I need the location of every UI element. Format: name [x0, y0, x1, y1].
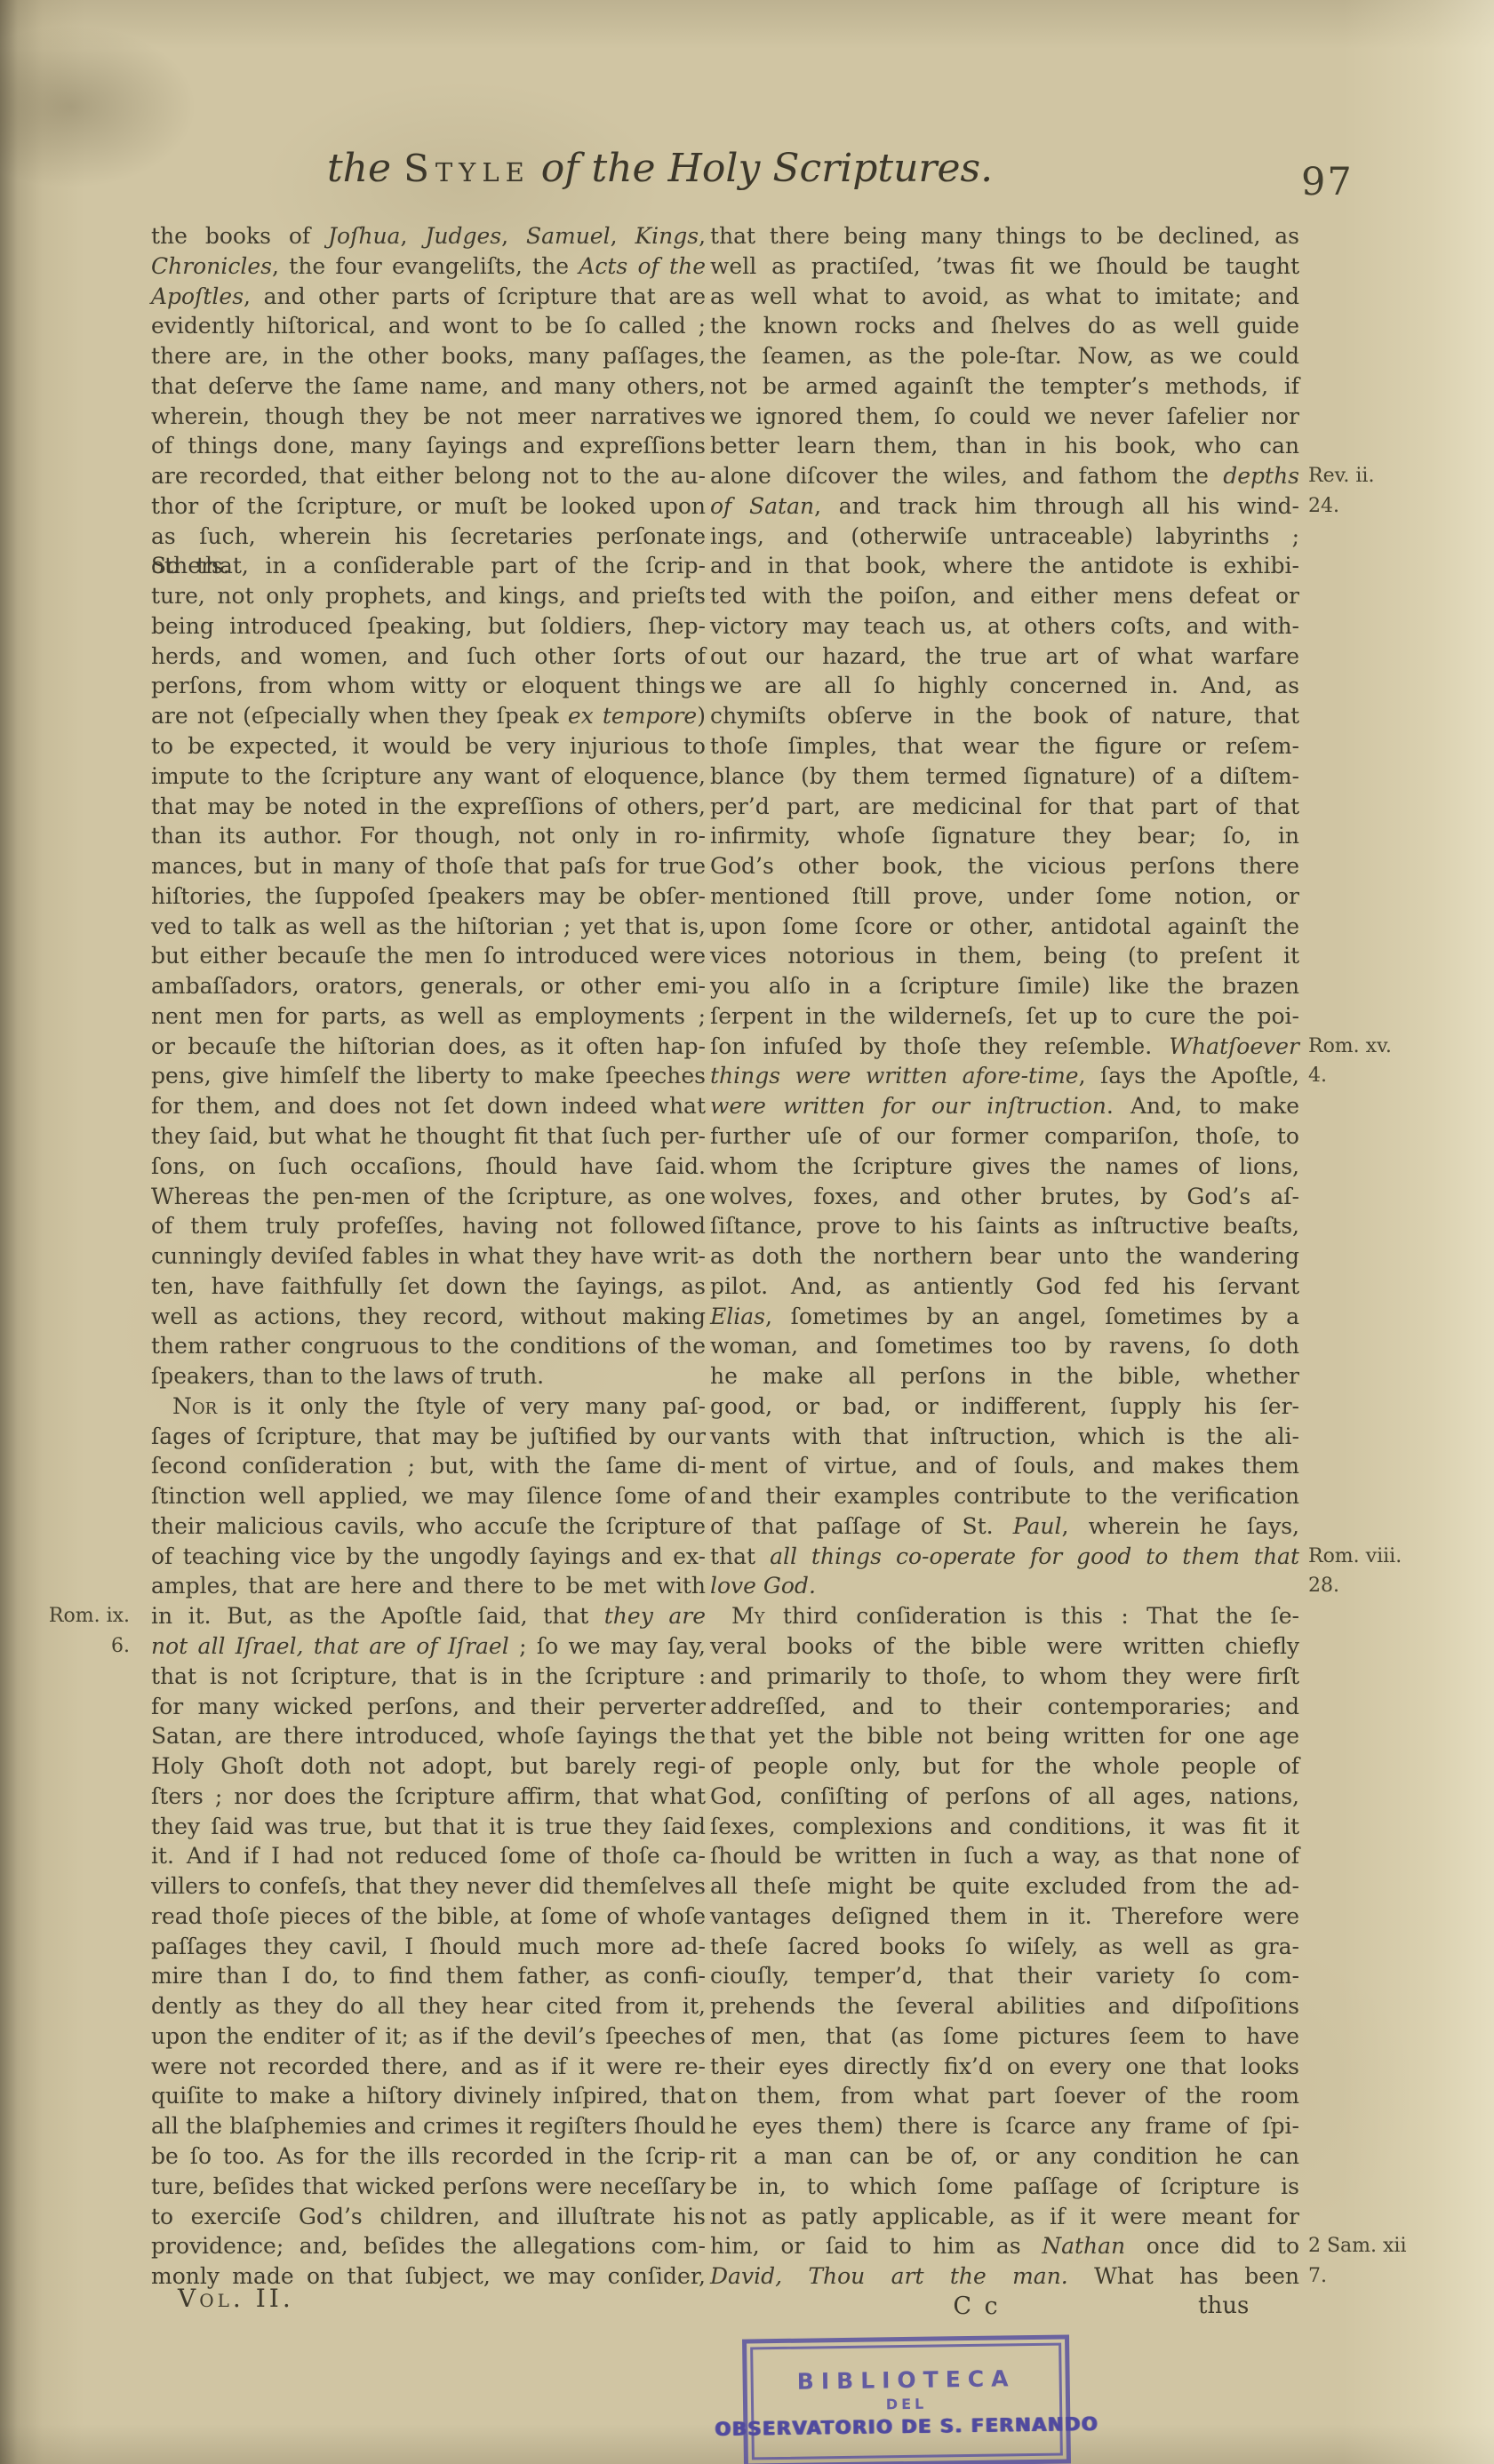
text-line: David, Thou art the man. What has been7.: [710, 2261, 1299, 2292]
stamp-line1: BIBLIOTECA: [797, 2365, 1016, 2394]
text-line: dently as they do all they hear cited fr…: [151, 1991, 706, 2021]
text-line: than its author. For though, not only in…: [151, 821, 706, 851]
text-line: but either becauſe the men ſo introduced…: [151, 941, 706, 971]
text-line: the books of Joſhua, Judges, Samuel, Kin…: [151, 221, 706, 251]
catchword: thus: [1198, 2293, 1249, 2319]
margin-note: Rom. xv.: [1308, 1033, 1392, 1061]
margin-note: 4.: [1308, 1062, 1327, 1090]
text-line: ted with the poiſon, and either mens def…: [710, 581, 1299, 611]
text-line: prehends the ſeveral abilities and diſpo…: [710, 1991, 1299, 2021]
text-line: the ſeamen, as the pole-ſtar. Now, as we…: [710, 341, 1299, 371]
margin-note: 7.: [1308, 2262, 1327, 2291]
margin-note: Rom. ix.: [49, 1602, 130, 1631]
text-line: that may be noted in the expreſſions of …: [151, 792, 706, 822]
text-line: ſiſtance, prove to his ſaints as inſtruc…: [710, 1211, 1299, 1241]
title-word-style: Style: [403, 147, 531, 190]
text-line: things were written afore-time, ſays the…: [710, 1061, 1299, 1091]
text-line: we ignored them, ſo could we never ſafel…: [710, 402, 1299, 432]
text-line: for many wicked perſons, and their perve…: [151, 1692, 706, 1722]
text-line: ciouſly, temper’d, that their variety ſo…: [710, 1961, 1299, 1991]
text-line: whom the ſcripture gives the names of li…: [710, 1152, 1299, 1182]
text-line: we are all ſo highly concerned in. And, …: [710, 671, 1299, 701]
text-line: of Satan, and track him through all his …: [710, 491, 1299, 522]
text-line: evidently hiſtorical, and wont to be ſo …: [151, 311, 706, 341]
title-pre: the: [327, 146, 391, 191]
text-line: as well what to avoid, as what to imitat…: [710, 282, 1299, 312]
text-line: that there being many things to be decli…: [710, 221, 1299, 251]
text-line: of them truly profeſſes, having not foll…: [151, 1211, 706, 1241]
text-line: he eyes them) there is ſcarce any frame …: [710, 2111, 1299, 2141]
text-line: ſhould be written in ſuch a way, as that…: [710, 1841, 1299, 1871]
text-line: alone diſcover the wiles, and fathom the…: [710, 461, 1299, 491]
text-line: ten, have faithfully ſet down the ſaying…: [151, 1272, 706, 1302]
text-line: be ſo too. As for the ills recorded in t…: [151, 2141, 706, 2172]
margin-note: 28.: [1308, 1572, 1339, 1600]
text-line: ved to talk as well as the hiſtorian ; y…: [151, 912, 706, 942]
text-line: that is not ſcripture, that is in the ſc…: [151, 1662, 706, 1692]
text-line: being introduced ſpeaking, but ſoldiers,…: [151, 611, 706, 642]
text-line: their eyes directly fix’d on every one t…: [710, 2052, 1299, 2082]
text-line: Satan, are there introduced, whoſe ſayin…: [151, 1721, 706, 1751]
text-line: herds, and women, and ſuch other ſorts o…: [151, 642, 706, 672]
text-line: My third conſideration is this : That th…: [710, 1601, 1299, 1631]
margin-note: Rev. ii.: [1308, 462, 1374, 490]
margin-note: Rom. viii.: [1308, 1543, 1402, 1571]
text-line: all theſe might be quite excluded from t…: [710, 1871, 1299, 1902]
text-line: read thoſe pieces of the bible, at ſome …: [151, 1902, 706, 1932]
page-title: theStyleof the Holy Scriptures.: [327, 146, 993, 191]
text-line: ture, not only prophets, and kings, and …: [151, 581, 706, 611]
text-line: of teaching vice by the ungodly ſayings …: [151, 1542, 706, 1572]
text-line: God, conſiſting of perſons of all ages, …: [710, 1782, 1299, 1812]
column-left: the books of Joſhua, Judges, Samuel, Kin…: [151, 221, 706, 2292]
text-line: ture, beſides that wicked perſons were n…: [151, 2172, 706, 2202]
text-line: he make all perſons in the bible, whethe…: [710, 1361, 1299, 1391]
text-line: better learn them, than in his book, who…: [710, 431, 1299, 461]
text-line: love God.28.: [710, 1571, 1299, 1601]
text-line: ſerpent in the wilderneſs, ſet up to cur…: [710, 1001, 1299, 1032]
page-number: 97: [1301, 160, 1354, 204]
text-line: for them, and does not ſet down indeed w…: [151, 1091, 706, 1121]
text-line: Chronicles, the four evangeliſts, the Ac…: [151, 251, 706, 282]
text-line: the known rocks and ſhelves do as well g…: [710, 311, 1299, 341]
text-line: well as practiſed, ’twas fit we ſhould b…: [710, 251, 1299, 282]
text-line: well as actions, they record, without ma…: [151, 1302, 706, 1332]
text-line: pilot. And, as antiently God fed his ſer…: [710, 1272, 1299, 1302]
text-line: veral books of the bible were written ch…: [710, 1631, 1299, 1662]
text-line: to be expected, it would be very injurio…: [151, 731, 706, 762]
stamp-line2: DEL: [886, 2396, 928, 2413]
text-line: in it. But, as the Apoſtle ſaid, that th…: [151, 1601, 706, 1631]
text-line: infirmity, whoſe ſignature they bear; ſo…: [710, 821, 1299, 851]
text-line: hiſtories, the ſuppoſed ſpeakers may be …: [151, 881, 706, 912]
book-page: theStyleof the Holy Scriptures. 97 the b…: [0, 0, 1494, 2464]
text-line: are not (eſpecially when they ſpeak ex t…: [151, 701, 706, 731]
text-line: addreſſed, and to their contemporaries; …: [710, 1692, 1299, 1722]
text-line: victory may teach us, at others coſts, a…: [710, 611, 1299, 642]
text-line: that all things co-operate for good to t…: [710, 1542, 1299, 1572]
text-line: providence; and, beſides the allegations…: [151, 2231, 706, 2261]
text-line: wolves, foxes, and other brutes, by God’…: [710, 1182, 1299, 1212]
text-line: Apoſtles, and other parts of ſcripture t…: [151, 282, 706, 312]
text-line: theſe ſacred books ſo wiſely, as well as…: [710, 1932, 1299, 1962]
margin-note: 2 Sam. xii: [1308, 2232, 1407, 2261]
text-line: thoſe ſimples, that wear the figure or r…: [710, 731, 1299, 762]
text-line: pens, give himſelf the liberty to make ſ…: [151, 1061, 706, 1091]
text-line: they ſaid was true, but that it is true …: [151, 1812, 706, 1842]
text-line: their malicious cavils, who accuſe the ſ…: [151, 1511, 706, 1542]
text-line: of men, that (as ſome pictures ſeem to h…: [710, 2021, 1299, 2052]
text-line: as doth the northern bear unto the wande…: [710, 1241, 1299, 1272]
text-line: God’s other book, the vicious perſons th…: [710, 851, 1299, 881]
text-line: paſſages they cavil, I ſhould much more …: [151, 1932, 706, 1962]
text-line: vantages deſigned them in it. Therefore …: [710, 1902, 1299, 1932]
text-line: woman, and ſometimes too by ravens, ſo d…: [710, 1331, 1299, 1361]
text-line: wherein, though they be not meer narrati…: [151, 402, 706, 432]
text-line: were not recorded there, and as if it we…: [151, 2052, 706, 2082]
text-line: ſecond conſideration ; but, with the ſam…: [151, 1451, 706, 1481]
text-line: them rather congruous to the conditions …: [151, 1331, 706, 1361]
text-line: Holy Ghoſt doth not adopt, but barely re…: [151, 1751, 706, 1782]
text-line: and primarily to thoſe, to whom they wer…: [710, 1662, 1299, 1692]
text-line: further uſe of our former compariſon, th…: [710, 1121, 1299, 1152]
margin-note: 6.: [111, 1632, 130, 1661]
text-line: him, or ſaid to him as Nathan once did t…: [710, 2231, 1299, 2261]
text-line: ſages of ſcripture, that may be juſtifie…: [151, 1422, 706, 1452]
margin-note: 24.: [1308, 492, 1339, 521]
footer-volume: Vol. II.: [178, 2284, 294, 2313]
text-line: all the blaſphemies and crimes it regiſt…: [151, 2111, 706, 2141]
text-line: that yet the bible not being written for…: [710, 1721, 1299, 1751]
text-line: of things done, many ſayings and expreſſ…: [151, 431, 706, 461]
text-line: ment of virtue, and of ſouls, and makes …: [710, 1451, 1299, 1481]
text-line: and in that book, where the antidote is …: [710, 551, 1299, 581]
text-line: mire than I do, to find them father, as …: [151, 1961, 706, 1991]
text-line: ambaſſadors, orators, generals, or other…: [151, 971, 706, 1001]
text-line: ſters ; nor does the ſcripture affirm, t…: [151, 1782, 706, 1812]
text-line: of people only, but for the whole people…: [710, 1751, 1299, 1782]
text-line: that deſerve the ſame name, and many oth…: [151, 371, 706, 402]
text-line: Nor is it only the ſtyle of very many pa…: [151, 1391, 706, 1422]
text-line: blance (by them termed ſignature) of a d…: [710, 762, 1299, 792]
signature-mark: C c: [710, 2293, 1243, 2320]
library-stamp: BIBLIOTECA DEL OBSERVATORIO DE S. FERNAN…: [742, 2334, 1071, 2464]
text-line: out our hazard, the true art of what war…: [710, 642, 1299, 672]
text-line: impute to the ſcripture any want of eloq…: [151, 762, 706, 792]
text-line: mances, but in many of thoſe that paſs f…: [151, 851, 706, 881]
text-line: villers to confeſs, that they never did …: [151, 1871, 706, 1902]
title-post: of the Holy Scriptures.: [541, 146, 993, 191]
text-line: mentioned ſtill prove, under ſome notion…: [710, 881, 1299, 912]
text-line: they ſaid, but what he thought fit that …: [151, 1121, 706, 1152]
text-line: not all Iſrael, that are of Iſrael ; ſo …: [151, 1631, 706, 1662]
text-line: to exerciſe God’s children, and illuſtra…: [151, 2202, 706, 2232]
text-line: nent men for parts, as well as employmen…: [151, 1001, 706, 1032]
text-line: good, or bad, or indifferent, ſupply his…: [710, 1391, 1299, 1422]
text-line: ſon infuſed by thoſe they reſemble. What…: [710, 1032, 1299, 1062]
column-right: that there being many things to be decli…: [710, 221, 1299, 2292]
text-line: you alſo in a ſcripture ſimile) like the…: [710, 971, 1299, 1001]
text-line: amples, that are here and there to be me…: [151, 1571, 706, 1601]
text-line: perſons, from whom witty or eloquent thi…: [151, 671, 706, 701]
text-line: be in, to which ſome paſſage of ſcriptur…: [710, 2172, 1299, 2202]
text-line: cunningly deviſed fables in what they ha…: [151, 1241, 706, 1272]
text-line: Whereas the pen-men of the ſcripture, as…: [151, 1182, 706, 1212]
text-line: not as patly applicable, as if it were m…: [710, 2202, 1299, 2232]
text-line: vants with that inſtruction, which is th…: [710, 1422, 1299, 1452]
text-line: rit a man can be of, or any condition he…: [710, 2141, 1299, 2172]
text-line: of that paſſage of St. Paul, wherein he …: [710, 1511, 1299, 1542]
text-line: vices notorious in them, being (to preſe…: [710, 941, 1299, 971]
text-line: ſtinction well applied, we may ſilence ſ…: [151, 1481, 706, 1511]
text-line: Elias, ſometimes by an angel, ſometimes …: [710, 1302, 1299, 1332]
text-line: quiſite to make a hiſtory divinely inſpi…: [151, 2081, 706, 2111]
text-line: upon the enditer of it; as if the devil’…: [151, 2021, 706, 2052]
text-line: ings, and (otherwiſe untraceable) labyri…: [710, 522, 1299, 552]
text-line: upon ſome ſcore or other, antidotal agai…: [710, 912, 1299, 942]
library-stamp-inner: BIBLIOTECA DEL OBSERVATORIO DE S. FERNAN…: [750, 2343, 1063, 2460]
text-line: per’d part, are medicinal for that part …: [710, 792, 1299, 822]
text-line: there are, in the other books, many paſſ…: [151, 341, 706, 371]
text-line: ſpeakers, than to the laws of truth.: [151, 1361, 706, 1391]
text-line: or becauſe the hiſtorian does, as it oft…: [151, 1032, 706, 1062]
text-line: So that, in a conſiderable part of the ſ…: [151, 551, 706, 581]
text-line: ſexes, complexions and conditions, it wa…: [710, 1812, 1299, 1842]
text-line: it. And if I had not reduced ſome of tho…: [151, 1841, 706, 1871]
text-line: and their examples contribute to the ver…: [710, 1481, 1299, 1511]
text-line: were written for our inſtruction. And, t…: [710, 1091, 1299, 1121]
text-line: not be armed againſt the tempter’s metho…: [710, 371, 1299, 402]
stamp-line3: OBSERVATORIO DE S. FERNANDO: [715, 2413, 1099, 2440]
text-line: are recorded, that either belong not to …: [151, 461, 706, 491]
text-line: ſons, on ſuch occaſions, ſhould have ſai…: [151, 1152, 706, 1182]
text-line: on them, from what part ſoever of the ro…: [710, 2081, 1299, 2111]
text-line: thor of the ſcripture, or muſt be looked…: [151, 491, 706, 522]
text-line: as ſuch, wherein his ſecretaries perſona…: [151, 522, 706, 552]
text-line: chymiſts obſerve in the book of nature, …: [710, 701, 1299, 731]
